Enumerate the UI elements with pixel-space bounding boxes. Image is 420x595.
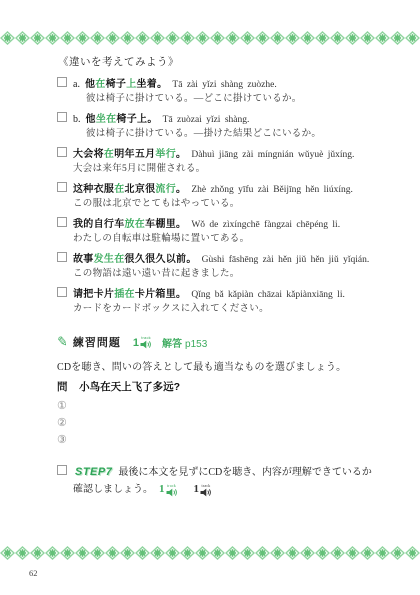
pinyin-text: Tā zài yǐzi shàng zuòzhe. [172,80,276,90]
pinyin-text: Wǒ de zìxíngchē fàngzai chēpéng li. [191,220,340,230]
example-item: 我的自行车放在车棚里。Wǒ de zìxíngchē fàngzai chēpé… [57,217,392,246]
exercise-section: ✎ 練習問題 1track 解答p153 CDを聴き、問いの答えとして最も適当な… [57,333,392,449]
japanese-translation: 彼は椅子に掛けている。—掛けた結果どこにいるか。 [57,128,392,142]
question-text: 小鸟在天上飞了多远? [79,381,180,393]
answer-page: p153 [185,339,207,350]
exercise-header: ✎ 練習問題 1track 解答p153 [57,333,392,351]
chinese-sentence-row: 大会将在明年五月举行。Dàhuì jiāng zài míngnián wǔyu… [57,147,392,163]
answer-option[interactable]: ① [57,398,392,415]
example-item: a.他在椅子上坐着。Tā zài yǐzi shàng zuòzhe.彼は椅子に… [57,77,392,106]
chinese-sentence-row: 故事发生在很久很久以前。Gùshi fāshēng zài hěn jiǔ hě… [57,252,392,268]
example-item: 故事发生在很久很久以前。Gùshi fāshēng zài hěn jiǔ hě… [57,252,392,281]
chinese-sentence-row: b.他坐在椅子上。Tā zuòzai yǐzi shàng. [57,112,392,128]
pinyin-text: Dàhuì jiāng zài míngnián wǔyuè jǔxíng. [191,150,354,160]
example-item: 大会将在明年五月举行。Dàhuì jiāng zài míngnián wǔyu… [57,147,392,176]
example-item: 这种衣服在北京很流行。Zhè zhǒng yīfu zài Běijīng hě… [57,182,392,211]
japanese-translation: この物語は遠い遠い昔に起きました。 [57,268,392,282]
chinese-text: 他坐在椅子上。 [86,114,158,125]
checkbox[interactable] [57,182,67,192]
step-text1: 最後に本文を見ずにCDを聴き、内容が理解できているか [118,467,372,478]
step-checkbox[interactable] [57,465,67,475]
answer-option[interactable]: ③ [57,432,392,449]
checkbox[interactable] [57,147,67,157]
pinyin-text: Tā zuòzai yǐzi shàng. [163,115,250,125]
japanese-translation: 大会は来年5月に開催される。 [57,163,392,177]
chinese-text: 这种衣服在北京很流行。 [73,184,186,195]
options-list: ①②③ [57,398,392,449]
japanese-translation: 彼は椅子に掛けている。—どこに掛けているか。 [57,93,392,107]
exercise-title: 練習問題 [73,334,121,350]
chinese-text: 大会将在明年五月举行。 [73,149,186,160]
page-content: 《違いを考えてみよう》 a.他在椅子上坐着。Tā zài yǐzi shàng … [57,54,392,498]
japanese-translation: この服は北京でとてもはやっている。 [57,198,392,212]
cd-track-icon: 1track [159,481,178,497]
chinese-sentence-row: 我的自行车放在车棚里。Wǒ de zìxíngchē fàngzai chēpé… [57,217,392,233]
japanese-translation: カードをカードボックスに入れてください。 [57,303,392,317]
question-label: 問 [57,382,68,393]
step-line2: 確認しましょう。1track1track [57,481,392,498]
cd-track-icon: 1track [133,336,152,349]
decorative-border-top [0,31,420,45]
step-tracks-slot: 1track1track [153,484,222,495]
chinese-text: 故事发生在很久很久以前。 [73,254,197,265]
pinyin-text: Zhè zhǒng yīfu zài Běijīng hěn liúxíng. [191,185,353,195]
chinese-sentence-row: 请把卡片插在卡片箱里。Qǐng bǎ kǎpiàn chāzai kǎpiànx… [57,287,392,303]
exercise-track-slot: 1track [133,333,162,351]
checkbox[interactable] [57,287,67,297]
step-line1: STEP7最後に本文を見ずにCDを聴き、内容が理解できているか [57,464,392,481]
japanese-translation: わたしの自転車は駐輪場に置いてある。 [57,233,392,247]
pinyin-text: Qǐng bǎ kǎpiàn chāzai kǎpiànxiāng li. [191,290,345,300]
chinese-text: 请把卡片插在卡片箱里。 [73,289,186,300]
chinese-sentence-row: a.他在椅子上坐着。Tā zài yǐzi shàng zuòzhe. [57,77,392,93]
answer-option[interactable]: ② [57,415,392,432]
step-text2: 確認しましょう。 [73,484,153,495]
answer-link: 解答p153 [162,335,207,350]
answer-label: 解答 [162,339,182,350]
item-letter: b. [73,114,81,125]
decorative-border-bottom [0,546,420,560]
section-heading: 《違いを考えてみよう》 [58,54,392,69]
chinese-text: 我的自行车放在车棚里。 [73,219,186,230]
chinese-text: 他在椅子上坐着。 [85,79,167,90]
exercise-instruction: CDを聴き、問いの答えとして最も適当なものを選びましょう。 [57,358,392,373]
item-letter: a. [73,79,80,90]
checkbox[interactable] [57,77,67,87]
question-row: 問 小鸟在天上飞了多远? [57,379,392,394]
step-badge: STEP7 [75,464,112,480]
pinyin-text: Gùshi fāshēng zài hěn jiǔ hěn jiǔ yǐqián… [202,255,370,265]
example-item: 请把卡片插在卡片箱里。Qǐng bǎ kǎpiàn chāzai kǎpiànx… [57,287,392,316]
checkbox[interactable] [57,217,67,227]
checkbox[interactable] [57,112,67,122]
page-number: 62 [29,568,38,578]
textbook-page: 《違いを考えてみよう》 a.他在椅子上坐着。Tā zài yǐzi shàng … [0,0,420,595]
chinese-sentence-row: 这种衣服在北京很流行。Zhè zhǒng yīfu zài Běijīng hě… [57,182,392,198]
example-item: b.他坐在椅子上。Tā zuòzai yǐzi shàng.彼は椅子に掛けている… [57,112,392,141]
pencil-icon: ✎ [56,334,68,351]
step-section: STEP7最後に本文を見ずにCDを聴き、内容が理解できているか 確認しましょう。… [57,464,392,498]
cd-track-icon: 1track [194,481,213,497]
examples-list: a.他在椅子上坐着。Tā zài yǐzi shàng zuòzhe.彼は椅子に… [57,77,392,316]
checkbox[interactable] [57,252,67,262]
